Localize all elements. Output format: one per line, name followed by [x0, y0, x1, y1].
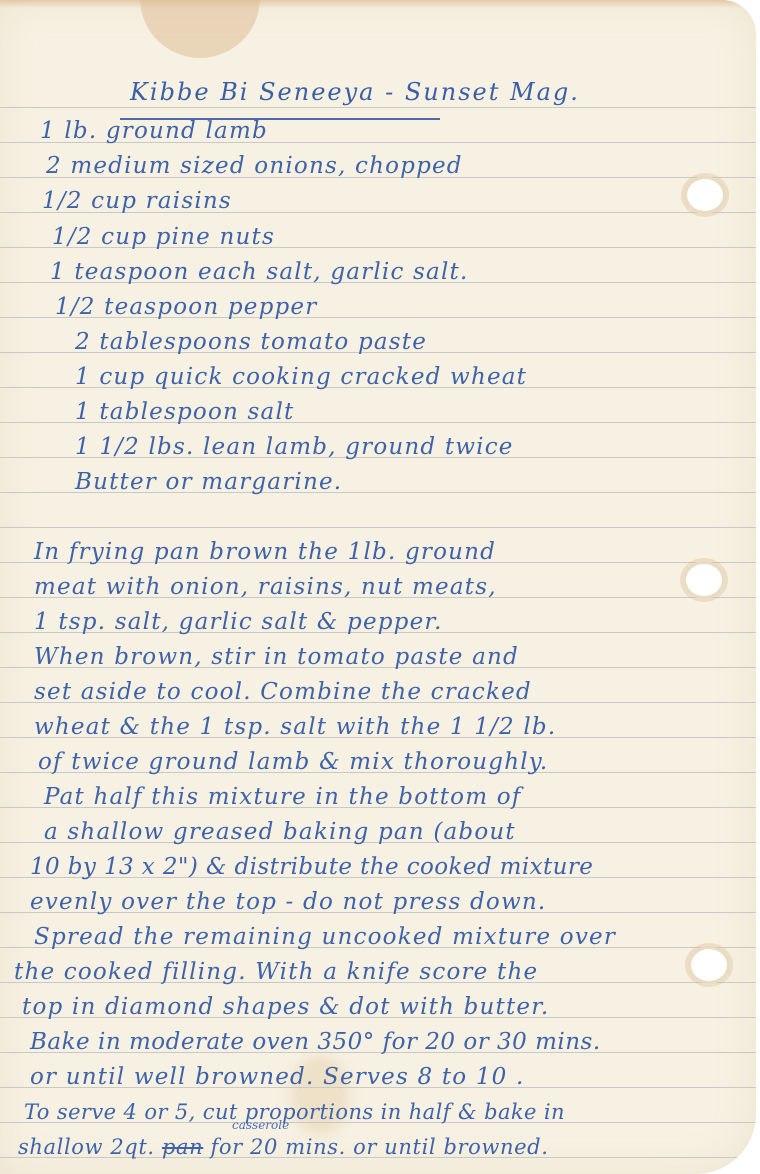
- inserted-word: casserole: [232, 1118, 289, 1132]
- direction-line: In frying pan brown the 1lb. ground: [34, 537, 496, 567]
- direction-line: meat with onion, raisins, nut meats,: [34, 572, 497, 602]
- direction-line: of twice ground lamb & mix thoroughly.: [38, 747, 548, 777]
- struck-word: pan: [162, 1135, 203, 1159]
- ingredient-line: 1/2 cup raisins: [42, 186, 232, 216]
- direction-line: a shallow greased baking pan (about: [44, 817, 516, 847]
- direction-line: the cooked filling. With a knife score t…: [14, 957, 538, 987]
- ruled-line: [0, 527, 756, 528]
- direction-line: set aside to cool. Combine the cracked: [34, 677, 532, 707]
- direction-line: evenly over the top - do not press down.: [30, 887, 546, 917]
- direction-line: or until well browned. Serves 8 to 10 .: [30, 1062, 525, 1092]
- direction-line: Bake in moderate oven 350° for 20 or 30 …: [30, 1027, 601, 1057]
- ingredient-line: 2 medium sized onions, chopped: [46, 151, 463, 181]
- ingredient-line: 1 lb. ground lamb: [40, 116, 268, 146]
- ingredient-line: 2 tablespoons tomato paste: [75, 327, 427, 357]
- water-stain: [140, 0, 260, 58]
- ingredient-line: 1/2 cup pine nuts: [52, 222, 275, 252]
- direction-line: top in diamond shapes & dot with butter.: [22, 992, 549, 1022]
- binder-hole-middle: [686, 564, 722, 596]
- direction-line: 1 tsp. salt, garlic salt & pepper.: [34, 607, 443, 637]
- binder-hole-top: [687, 179, 723, 211]
- ingredient-line: 1 cup quick cooking cracked wheat: [75, 362, 527, 392]
- binder-hole-bottom: [691, 949, 727, 981]
- ruled-line: [0, 107, 756, 108]
- ingredient-line: Butter or margarine.: [75, 467, 342, 497]
- direction-line: Pat half this mixture in the bottom of: [44, 782, 522, 812]
- direction-line: To serve 4 or 5, cut proportions in half…: [24, 1097, 565, 1127]
- direction-line-last: shallow 2qt. pan for 20 mins. or until b…: [18, 1132, 548, 1162]
- ingredient-line: 1 tablespoon salt: [75, 397, 294, 427]
- direction-line: When brown, stir in tomato paste and: [34, 642, 519, 672]
- ingredient-line: 1/2 teaspoon pepper: [55, 292, 317, 322]
- last-line-after: for 20 mins. or until browned.: [211, 1135, 549, 1159]
- direction-line: 10 by 13 x 2") & distribute the cooked m…: [30, 852, 593, 882]
- top-edge-stain: [0, 0, 756, 8]
- last-line-before: shallow 2qt.: [18, 1135, 155, 1159]
- ingredient-line: 1 teaspoon each salt, garlic salt.: [50, 257, 468, 287]
- recipe-card: Kibbe Bi Seneeya - Sunset Mag. 1 lb. gro…: [0, 0, 756, 1174]
- direction-line: wheat & the 1 tsp. salt with the 1 1/2 l…: [34, 712, 556, 742]
- direction-line: Spread the remaining uncooked mixture ov…: [34, 922, 616, 952]
- ingredient-line: 1 1/2 lbs. lean lamb, ground twice: [75, 432, 514, 462]
- recipe-title: Kibbe Bi Seneeya - Sunset Mag.: [130, 78, 580, 106]
